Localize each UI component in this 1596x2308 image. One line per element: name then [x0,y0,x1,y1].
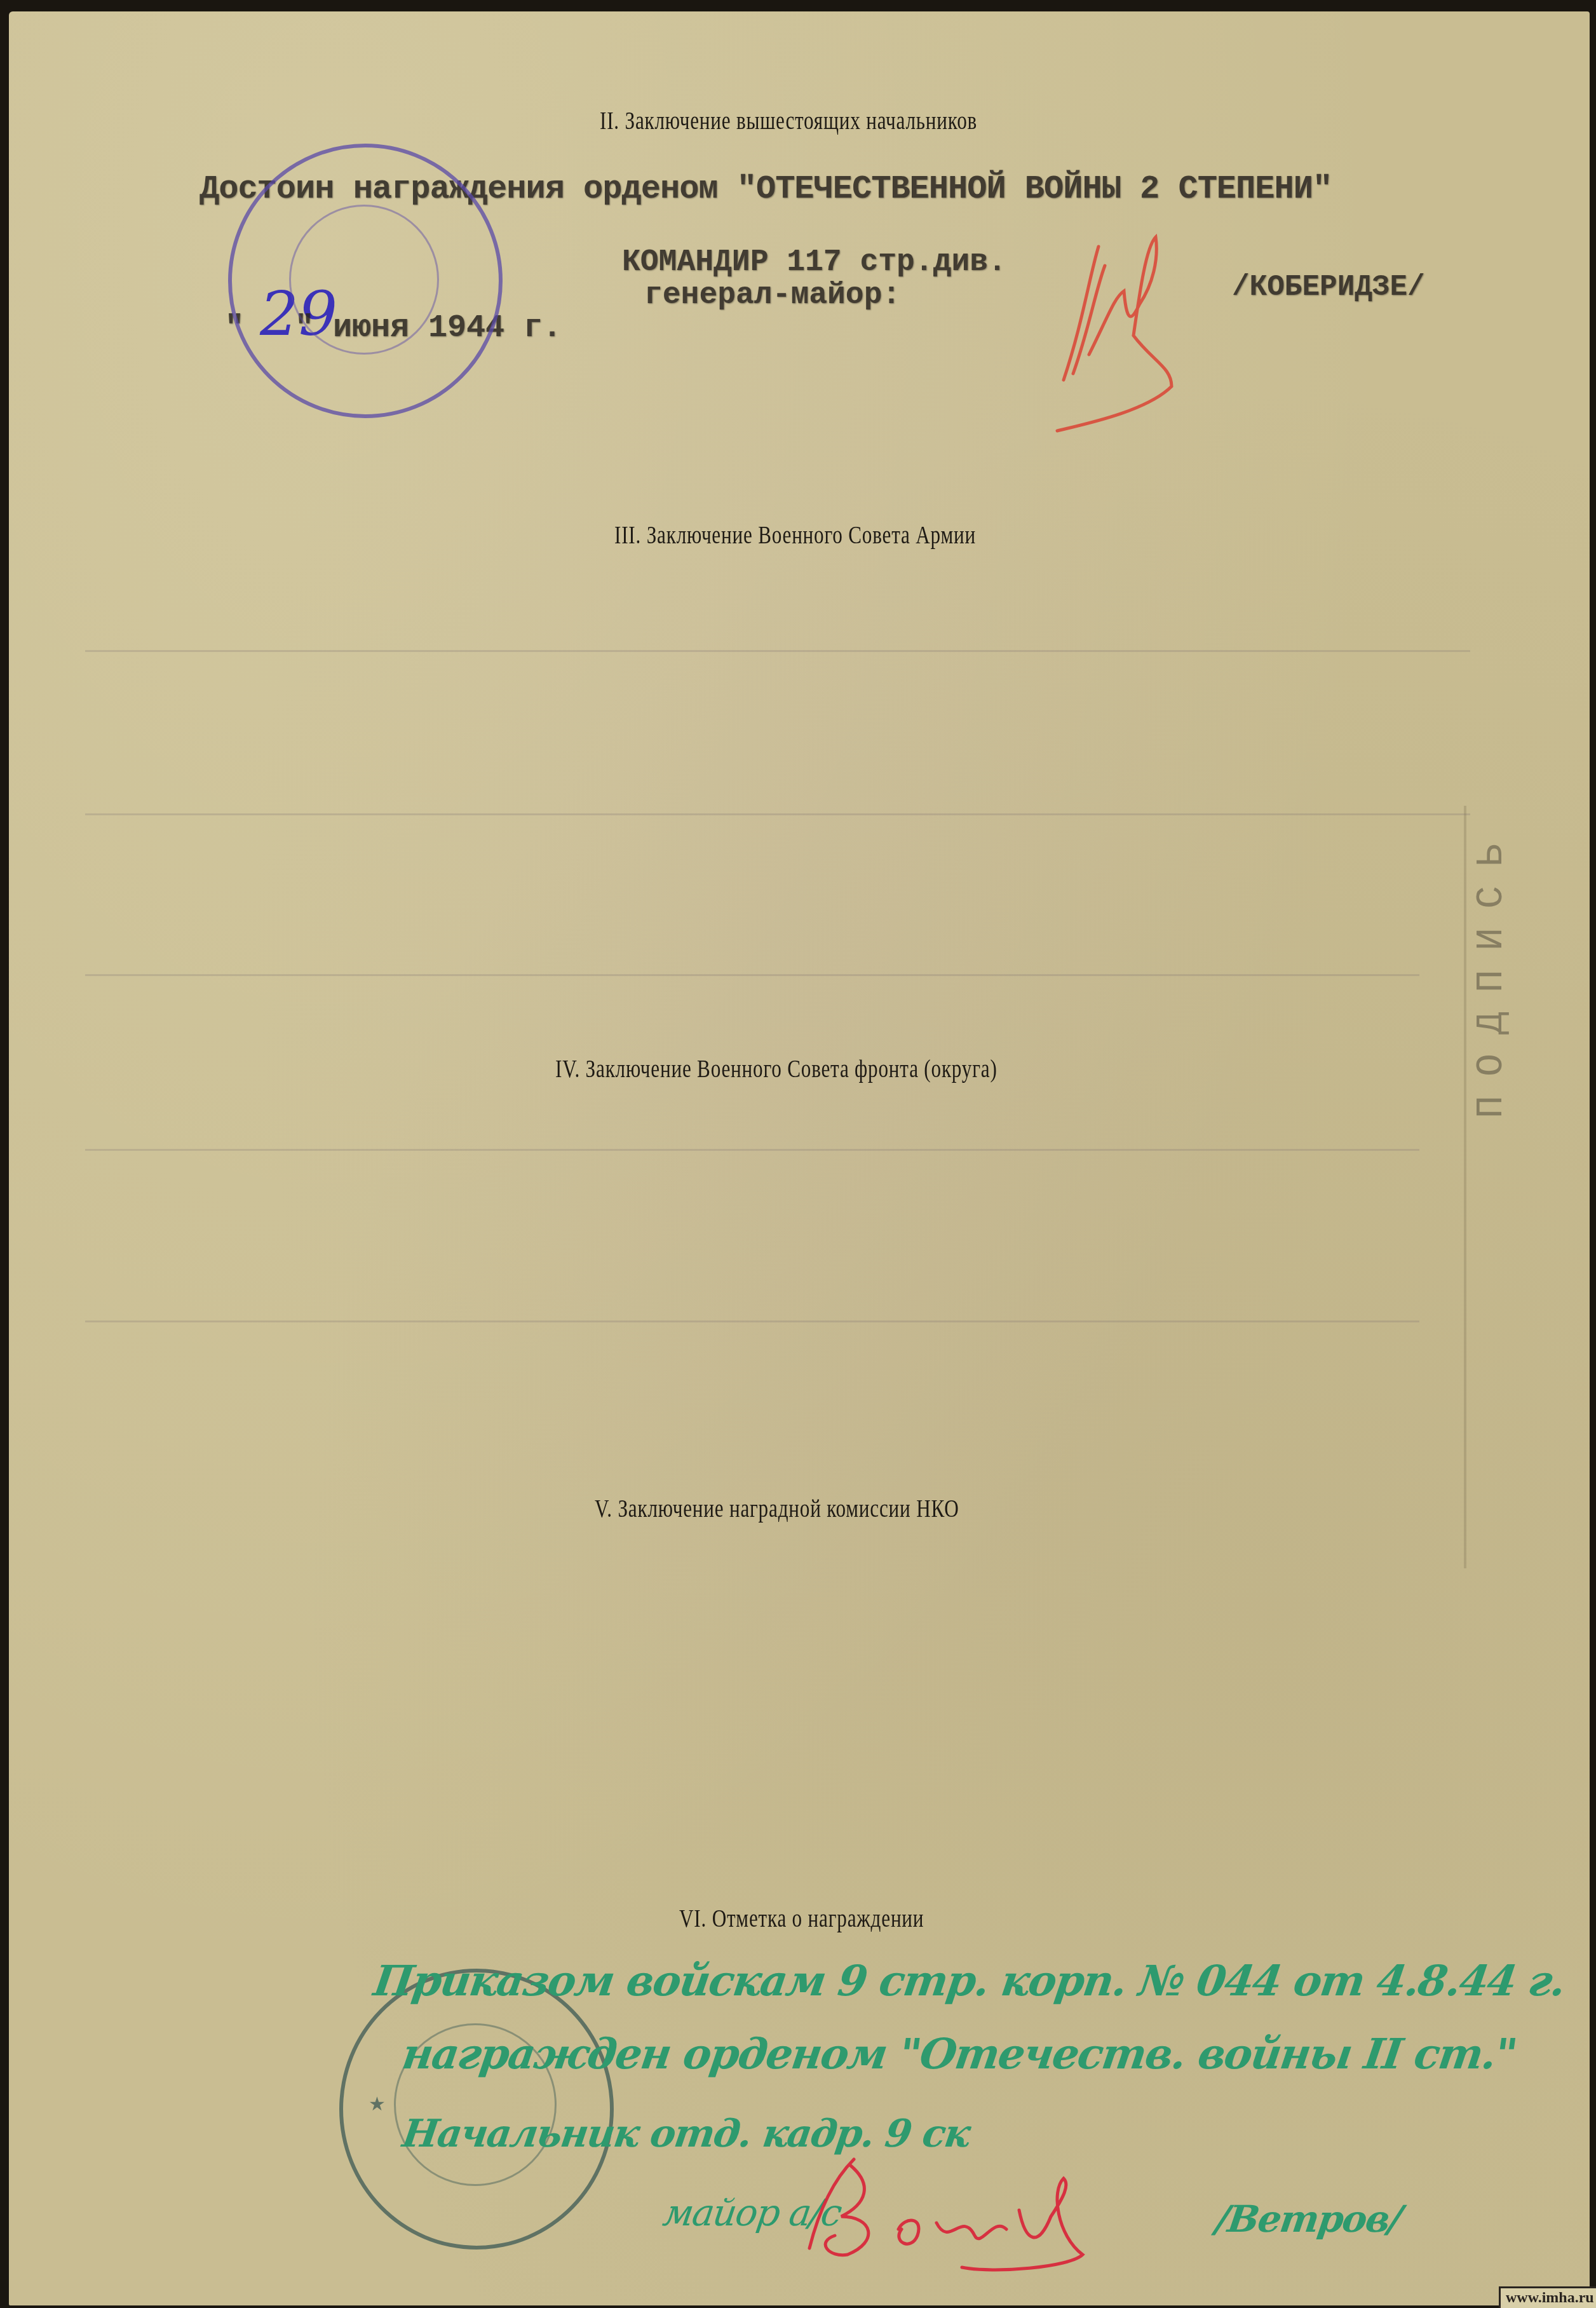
bleed-through-line [85,1149,1419,1151]
document-page: ПОДПИСЬ II. Заключение вышестоящих начал… [9,11,1590,2305]
stamp-inner-ring [289,205,439,355]
section-ii-heading: II. Заключение вышестоящих начальников [600,105,977,135]
corps-stamp: ★ [339,1969,614,2250]
division-stamp [228,144,503,418]
commander-rank: генерал-майор: [644,278,900,313]
commander-signature [1045,227,1222,437]
section-iii-heading: III. Заключение Военного Совета Армии [614,520,976,550]
source-watermark: www.imha.ru [1499,2286,1596,2308]
section-iv-heading: IV. Заключение Военного Совета фронта (о… [555,1054,997,1083]
officer-signature [790,2147,1235,2274]
bleed-through-line [85,974,1419,976]
commander-position: КОМАНДИР 117 стр.див. [622,245,1006,280]
bleed-through-line [85,1320,1419,1322]
bleed-through-line [85,813,1470,815]
bleed-through-line [85,650,1470,652]
section-vi-heading: VI. Отметка о награждении [679,1903,924,1933]
fold-line [1464,806,1466,1568]
commander-name: /КОБЕРИДЗЕ/ [1232,271,1425,304]
side-margin-text: ПОДПИСЬ [1470,825,1513,1118]
award-note-line-2: награжден орденом "Отечеств. войны II ст… [400,2029,1520,2079]
award-note-signer-name: /Ветров/ [1213,2197,1404,2241]
award-note-line-1: Приказом войскам 9 стр. корп. № 044 от 4… [371,1956,1568,2006]
stamp-star-icon: ★ [369,2093,386,2115]
section-v-heading: V. Заключение наградной комиссии НКО [595,1493,959,1523]
